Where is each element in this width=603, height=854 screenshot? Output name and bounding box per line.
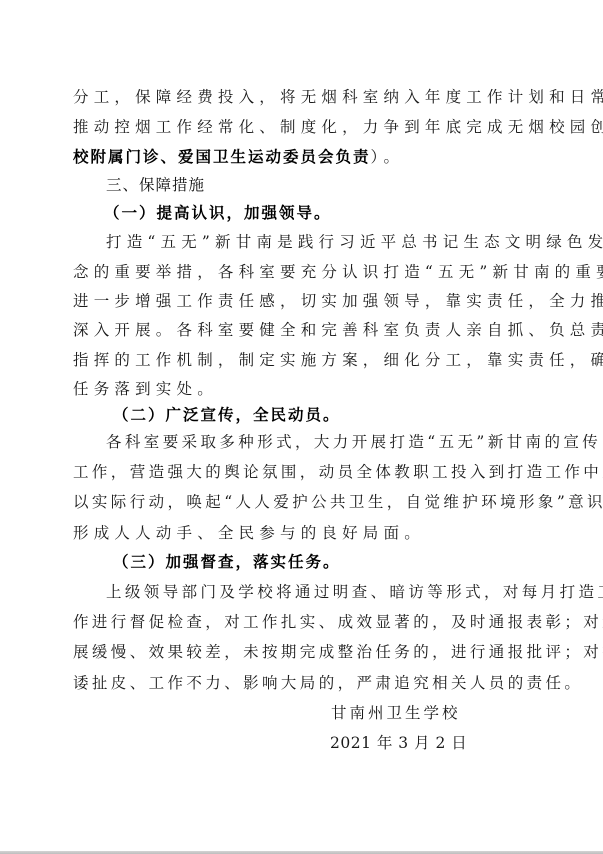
body-line: 推动控烟工作经常化、制度化，力争到年底完成无烟校园创建（学 [73,116,543,138]
subsection-heading: （二）广泛宣传，全民动员。 [113,404,583,426]
paragraph-line: 各科室要采取多种形式，大力开展打造“五无”新甘南的宣传 [106,431,576,453]
body-text: 推动控烟工作经常化、制度化，力争到年底完成无烟校园创建（ [73,118,603,136]
paragraph-line: 以实际行动，唤起“人人爱护公共卫生，自觉维护环境形象”意识， [73,491,543,513]
paragraph-line: 打造“五无”新甘南是践行习近平总书记生态文明绿色发展理 [106,231,576,253]
responsible-party-text: 校附属门诊、爱国卫生运动委员会负责 [73,148,371,166]
paragraph-line: 展缓慢、效果较差，未按期完成整治任务的，进行通报批评；对推 [73,641,543,663]
paragraph-line: 任务落到实处。 [73,378,543,400]
body-line: 校附属门诊、爱国卫生运动委员会负责）。 [73,146,543,168]
paragraph-line: 形成人人动手、全民参与的良好局面。 [73,522,543,544]
paragraph-line: 进一步增强工作责任感，切实加强领导，靠实责任，全力推动工作 [73,290,543,312]
subsection-heading: （三）加强督查，落实任务。 [113,551,583,573]
paragraph-line: 上级领导部门及学校将通过明查、暗访等形式，对每月打造工 [106,581,576,603]
body-text: ）。 [371,148,405,166]
document-page: 分工，保障经费投入，将无烟科室纳入年度工作计划和日常工作， 推动控烟工作经常化、… [0,0,603,851]
paragraph-line: 诿扯皮、工作不力、影响大局的，严肃追究相关人员的责任。 [73,672,543,694]
paragraph-line: 指挥的工作机制，制定实施方案，细化分工，靠实责任，确保各项 [73,349,543,371]
body-line: 分工，保障经费投入，将无烟科室纳入年度工作计划和日常工作， [73,86,543,108]
section-heading: 三、保障措施 [106,174,576,196]
paragraph-line: 深入开展。各科室要健全和完善科室负责人亲自抓、负总责、靠前 [73,319,543,341]
signature-date: 2021 年 3 月 2 日 [330,732,467,754]
signature-organization: 甘南州卫生学校 [331,702,461,724]
paragraph-line: 作进行督促检查，对工作扎实、成效显著的，及时通报表彰；对进 [73,611,543,633]
subsection-heading: （一）提高认识，加强领导。 [104,202,574,224]
paragraph-line: 工作，营造强大的舆论氛围，动员全体教职工投入到打造工作中来， [73,461,543,483]
paragraph-line: 念的重要举措，各科室要充分认识打造“五无”新甘南的重要性， [73,261,543,283]
